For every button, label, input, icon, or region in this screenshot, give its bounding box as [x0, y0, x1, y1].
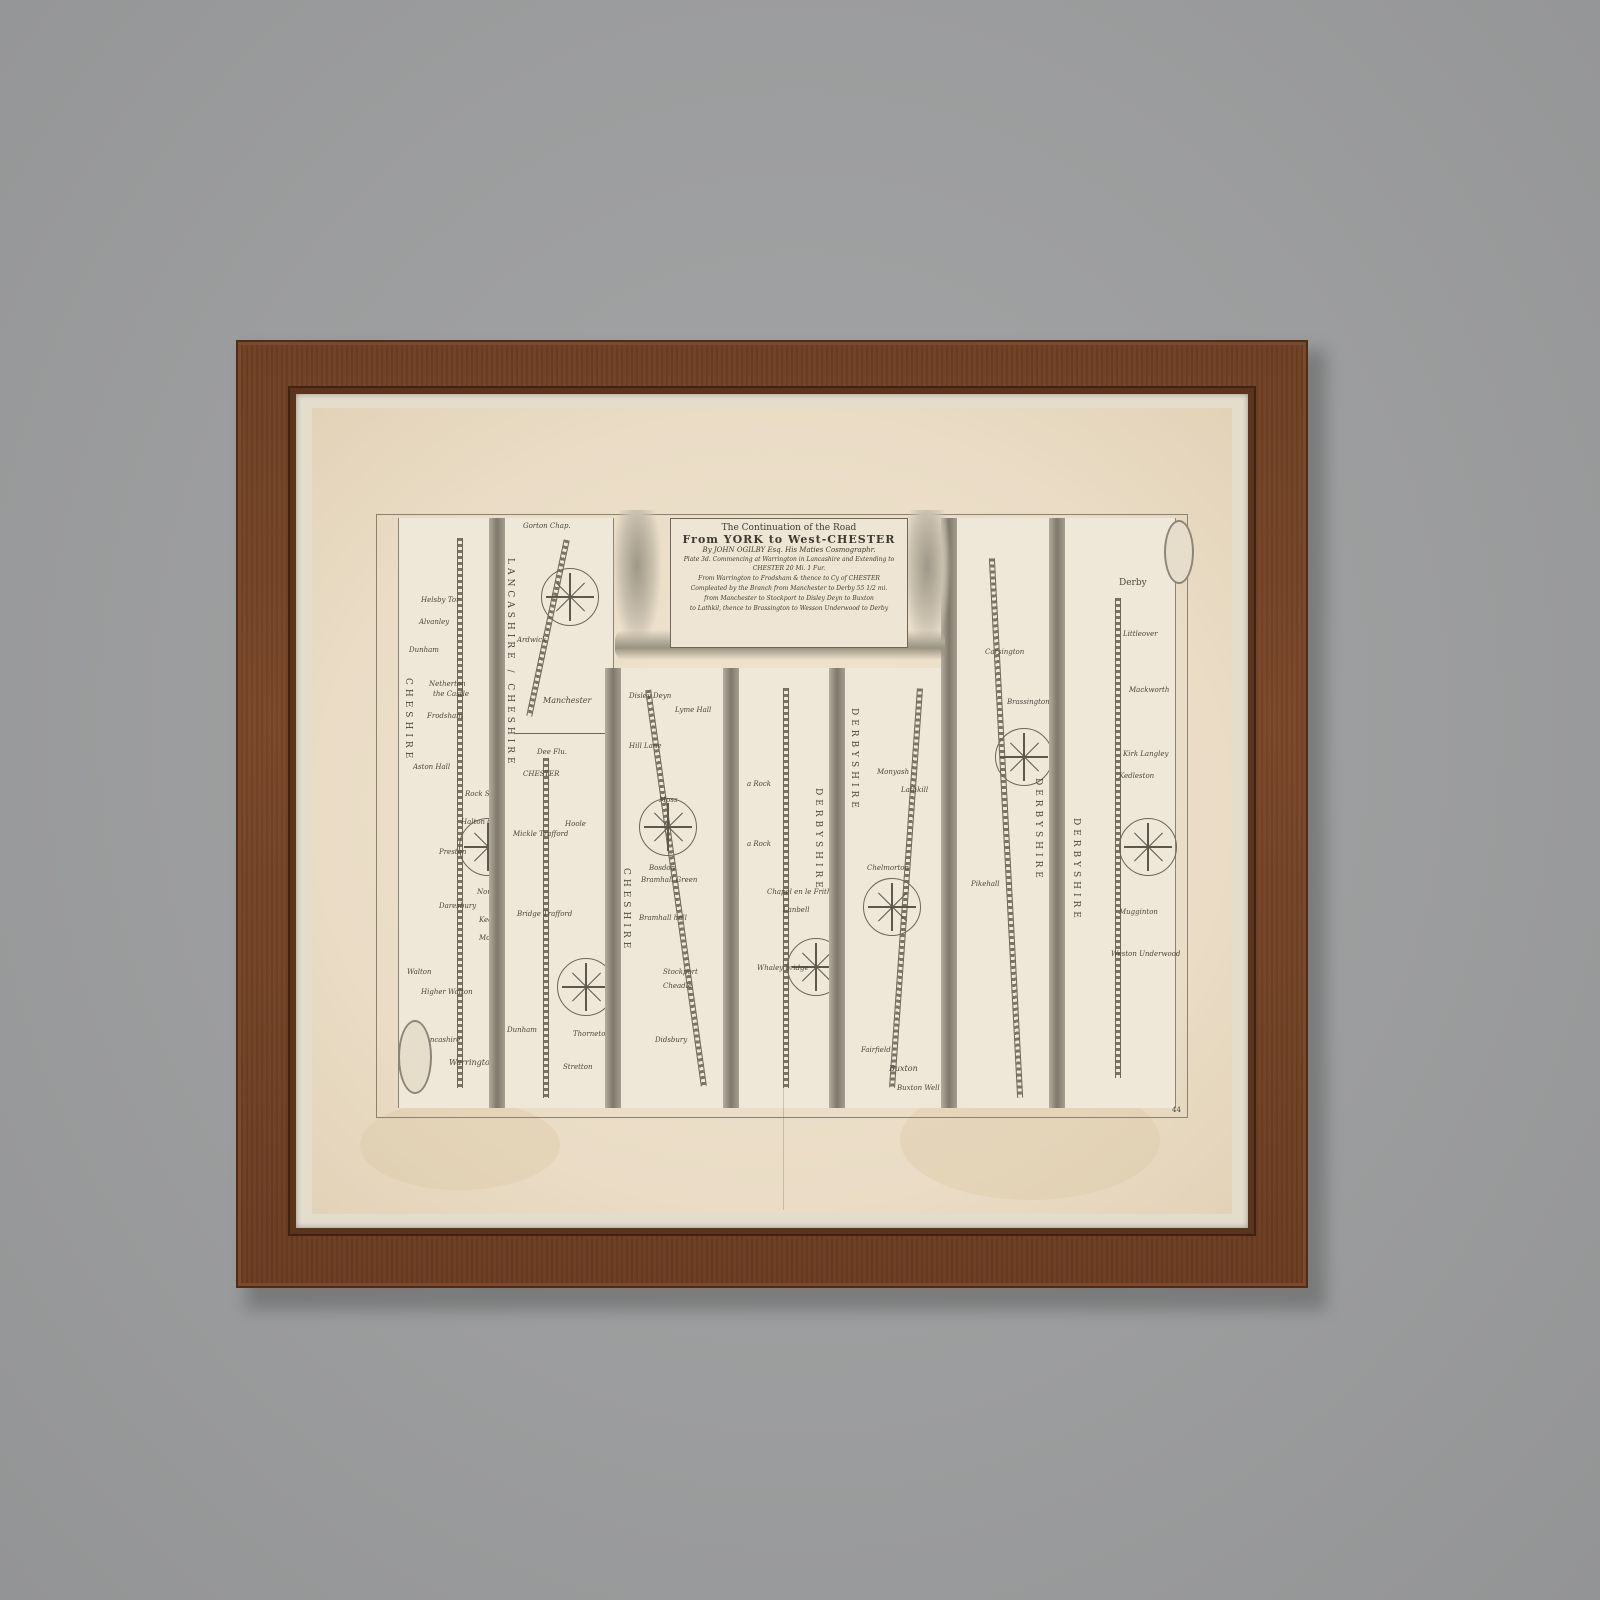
place-label: Kedleston [1119, 772, 1154, 780]
place-label: Bridge Trafford [517, 910, 572, 918]
cherub-ornament-left [612, 510, 662, 650]
scroll-shadow [1049, 518, 1065, 1108]
cartouche-author: By JOHN OGILBY Esq. His Maties Cosmograp… [671, 546, 907, 554]
place-label: Lanbell [783, 906, 809, 914]
compass-rose-icon [995, 728, 1053, 786]
title-cartouche: The Continuation of the Road From YORK t… [670, 518, 908, 648]
place-label: Didsbury [655, 1036, 687, 1044]
compass-rose-icon [863, 878, 921, 936]
place-label: Mickle Trafford [513, 830, 568, 838]
place-label: Monyash [877, 768, 909, 776]
place-label: a Rock [747, 780, 771, 788]
place-label: Gorton Chap. [523, 522, 571, 530]
county-label: DERBYSHIRE [849, 708, 859, 812]
place-label: Cheadle [663, 982, 692, 990]
place-label: Kirk Langley [1123, 750, 1168, 758]
cartouche-text: to Lathkil, thence to Brassington to Wes… [671, 604, 907, 613]
place-label: Frodsham [427, 712, 463, 720]
county-label: LANCASHIRE / CHESHIRE [505, 558, 515, 768]
scroll-curl-icon [1164, 520, 1194, 584]
place-label: Disley Deyn [629, 692, 671, 700]
cartouche-text: Compleated by the Branch from Manchester… [671, 584, 907, 593]
paper-crease [783, 1050, 784, 1210]
place-label: Dunham [409, 646, 439, 654]
place-label: Whaley bridge [757, 964, 809, 972]
place-label: Pikehall [971, 880, 1000, 888]
place-label: the Castle [433, 690, 469, 698]
place-label: Ardwick [517, 636, 546, 644]
scroll-shadow [829, 668, 845, 1108]
place-label: Stockport [663, 968, 698, 976]
place-label: Helsby Tor [421, 596, 459, 604]
place-label: Dee Flu. [537, 748, 567, 756]
county-label: DERBYSHIRE [1033, 778, 1043, 882]
place-label: Dunham [507, 1026, 537, 1034]
place-label: Manchester [543, 696, 591, 705]
place-label: Preston [439, 848, 466, 856]
cherub-ornament-right [902, 510, 952, 650]
place-label: CHESTER [523, 770, 559, 778]
cartouche-text: from Manchester to Stockport to Disley D… [671, 594, 907, 603]
place-label: Walton [407, 968, 432, 976]
road-strip-2: LANCASHIRE / CHESHIRE Gorton Chap. Ardwi… [502, 518, 614, 1108]
place-label: Stretton [563, 1063, 592, 1071]
scroll-curl-icon [398, 1020, 432, 1094]
place-label: Fairfield [861, 1046, 891, 1054]
place-label: Hill Lane [629, 742, 662, 750]
place-label: Higher Walton [421, 988, 473, 996]
cartouche-text: Plate 3d. Commencing at Warrington in La… [671, 555, 907, 573]
place-label: Lathkill [901, 786, 928, 794]
road-strip-6: DERBYSHIRE Brassington Carsington Pikeha… [954, 518, 1056, 1108]
place-label: Littleover [1123, 630, 1158, 638]
road-strip-5: DERBYSHIRE Monyash Chelmorton Buxton Fai… [842, 668, 948, 1108]
place-label: Mugginton [1119, 908, 1158, 916]
place-label: Alvanley [419, 618, 449, 626]
place-label: Netherton [429, 680, 466, 688]
compass-rose-icon [1119, 818, 1177, 876]
divider [515, 733, 611, 734]
county-label: CHESHIRE [403, 678, 413, 762]
road [543, 758, 549, 1098]
scroll-shadow [489, 518, 505, 1108]
place-label: Buxton Well [897, 1084, 940, 1092]
road [457, 538, 463, 1088]
place-label: Carsington [985, 648, 1024, 656]
road [526, 539, 569, 716]
cartouche-text: From Warrington to Frodsham & thence to … [671, 574, 907, 583]
place-label: Brassington [1007, 698, 1050, 706]
scroll-shadow [605, 668, 621, 1108]
place-label: Chapel en le Frith [767, 888, 831, 896]
place-label: Lyme Hall [675, 706, 711, 714]
county-label: DERBYSHIRE [1071, 818, 1081, 922]
plate-number: 44 [1172, 1106, 1181, 1114]
place-label: Buxton [889, 1064, 918, 1073]
county-label: DERBYSHIRE [813, 788, 823, 892]
place-label: a Rock [747, 840, 771, 848]
place-label: Daresbury [439, 902, 476, 910]
place-label: Derby [1119, 578, 1147, 588]
road-strip-4: DERBYSHIRE a Rock a Rock Chapel en le Fr… [736, 668, 836, 1108]
place-label: Mackworth [1129, 686, 1169, 694]
cartouche-subtitle: The Continuation of the Road [671, 523, 907, 533]
place-label: Bramhall Green [641, 876, 697, 884]
place-label: Aston Hall [413, 763, 450, 771]
place-label: Moss [659, 796, 678, 804]
county-label: CHESHIRE [621, 868, 631, 952]
place-label: Bosdon [649, 864, 675, 872]
place-label: Bramhall hall [639, 914, 687, 922]
road [989, 558, 1023, 1098]
place-label: Hoole [565, 820, 586, 828]
place-label: Weston Underwood [1111, 950, 1180, 958]
compass-rose-icon [541, 568, 599, 626]
road-strip-7: DERBYSHIRE Derby Littleover Kirk Langley… [1062, 518, 1176, 1108]
compass-rose-icon [639, 798, 697, 856]
cartouche-title: From YORK to West-CHESTER [671, 533, 907, 546]
road-strip-3: CHESHIRE Disley Deyn Lyme Hall Hill Lane… [618, 668, 728, 1108]
scroll-shadow [723, 668, 739, 1108]
place-label: Chelmorton [867, 864, 909, 872]
